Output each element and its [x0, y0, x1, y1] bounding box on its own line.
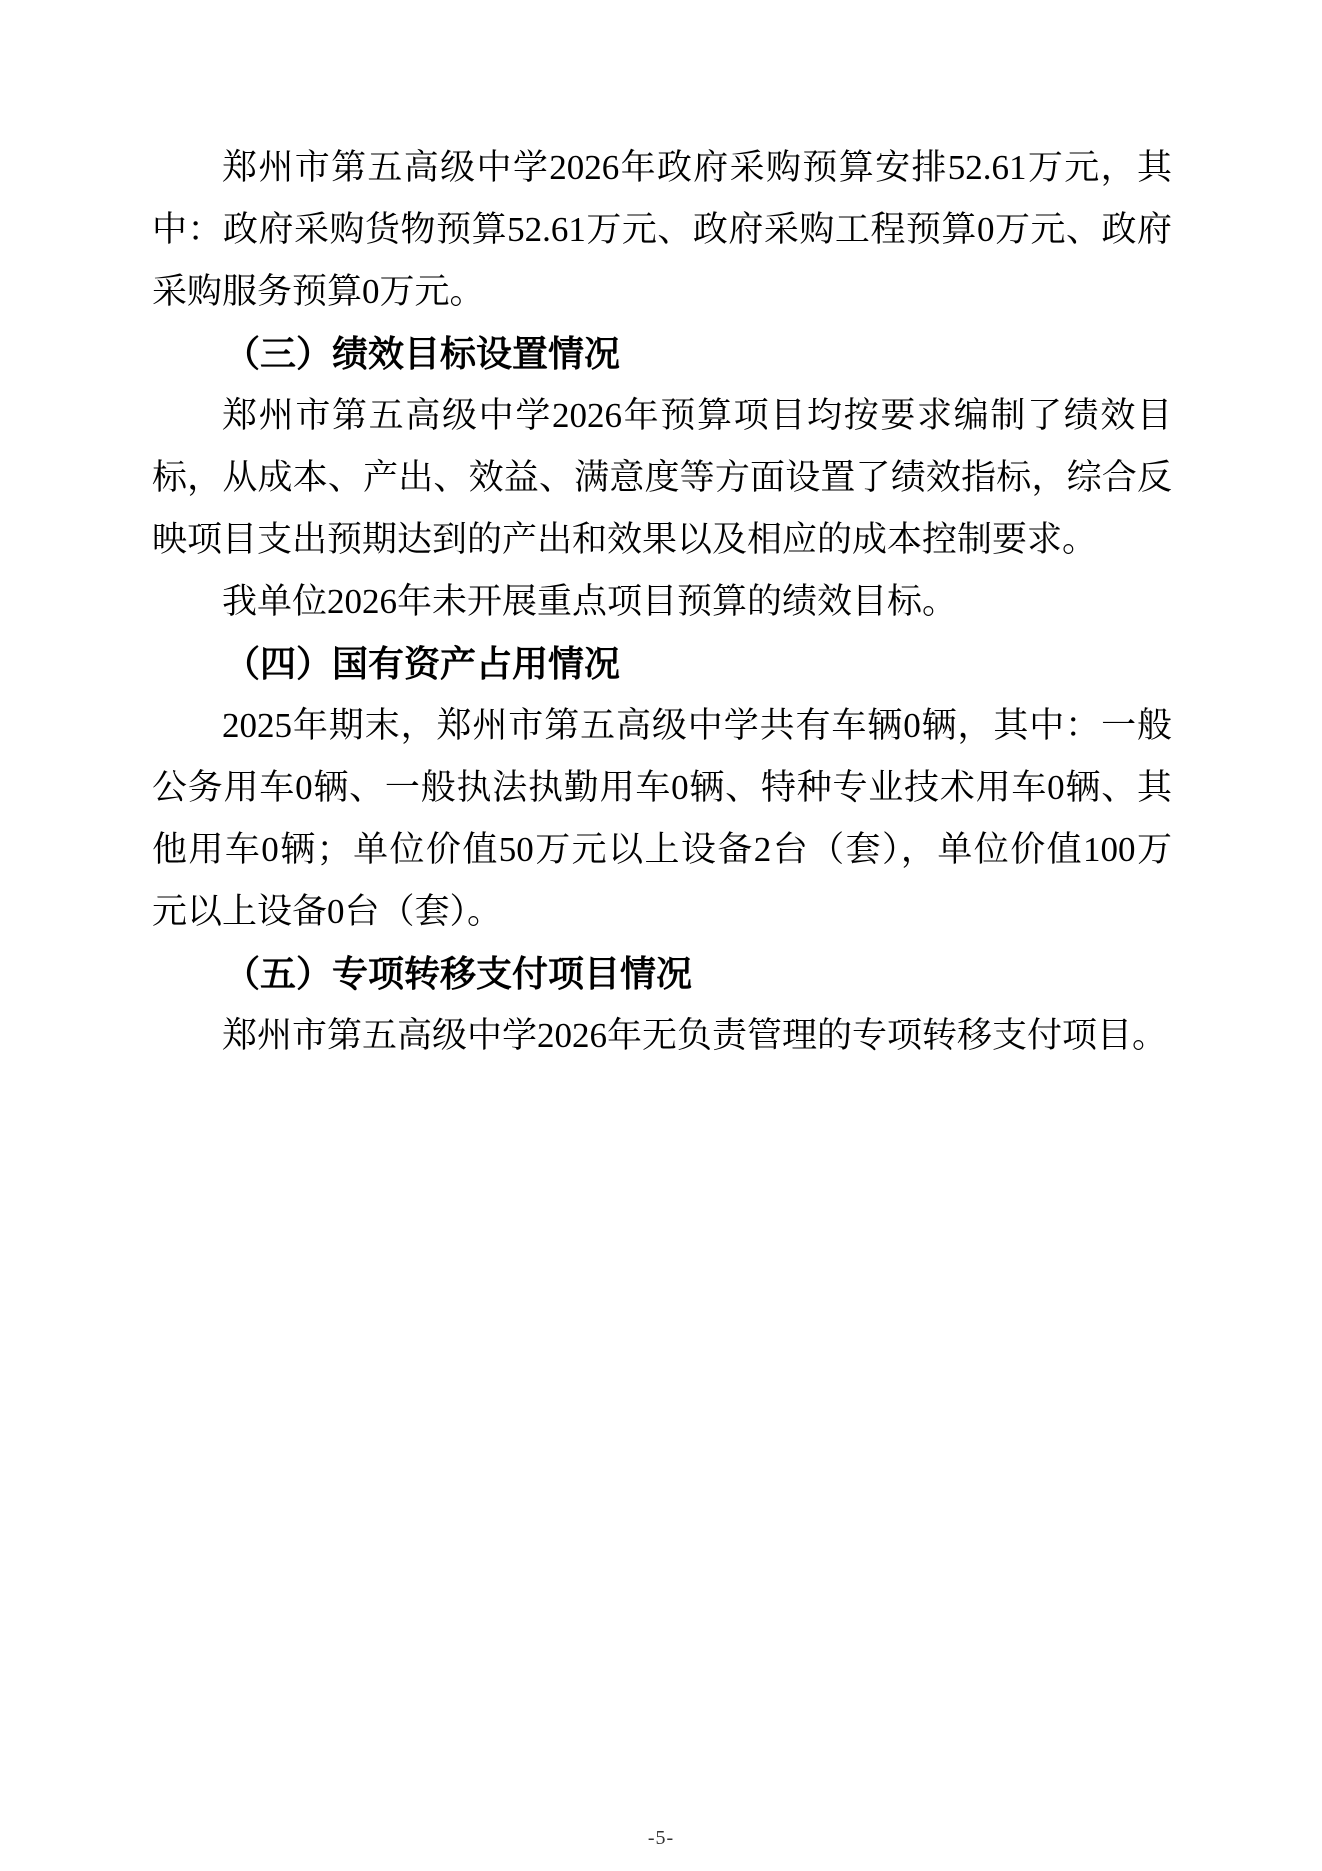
text-line: 郑州市第五高级中学2026年无负责管理的专项转移支付项目。 — [152, 1005, 1172, 1067]
text-line: 映项目支出预期达到的产出和效果以及相应的成本控制要求。 — [152, 509, 1172, 571]
paragraph-key-projects: 我单位2026年未开展重点项目预算的绩效目标。 — [152, 571, 1172, 633]
text-line: 郑州市第五高级中学2026年政府采购预算安排52.61万元，其 — [152, 137, 1172, 199]
text-line: 标，从成本、产出、效益、满意度等方面设置了绩效指标，综合反 — [152, 447, 1172, 509]
paragraph-procurement-budget: 郑州市第五高级中学2026年政府采购预算安排52.61万元，其 中：政府采购货物… — [152, 137, 1172, 323]
text-line: 中：政府采购货物预算52.61万元、政府采购工程预算0万元、政府 — [152, 199, 1172, 261]
text-line: 公务用车0辆、一般执法执勤用车0辆、特种专业技术用车0辆、其 — [152, 757, 1172, 819]
text-line: 元以上设备0台（套）。 — [152, 881, 1172, 943]
document-page: 郑州市第五高级中学2026年政府采购预算安排52.61万元，其 中：政府采购货物… — [0, 0, 1322, 1871]
page-number: -5- — [648, 1827, 674, 1849]
text-line: 2025年期末，郑州市第五高级中学共有车辆0辆，其中：一般 — [152, 695, 1172, 757]
section-heading-transfer-payments: （五）专项转移支付项目情况 — [152, 943, 1172, 1005]
text-line: 我单位2026年未开展重点项目预算的绩效目标。 — [152, 571, 1172, 633]
paragraph-state-assets: 2025年期末，郑州市第五高级中学共有车辆0辆，其中：一般 公务用车0辆、一般执… — [152, 695, 1172, 943]
text-line: 郑州市第五高级中学2026年预算项目均按要求编制了绩效目 — [152, 385, 1172, 447]
section-heading-performance-goals: （三）绩效目标设置情况 — [152, 323, 1172, 385]
text-line: 采购服务预算0万元。 — [152, 261, 1172, 323]
text-line: 他用车0辆；单位价值50万元以上设备2台（套），单位价值100万 — [152, 819, 1172, 881]
page-footer: -5- — [0, 1824, 1322, 1852]
paragraph-transfer-payments: 郑州市第五高级中学2026年无负责管理的专项转移支付项目。 — [152, 1005, 1172, 1067]
paragraph-performance-goals: 郑州市第五高级中学2026年预算项目均按要求编制了绩效目 标，从成本、产出、效益… — [152, 385, 1172, 571]
section-heading-state-assets: （四）国有资产占用情况 — [152, 633, 1172, 695]
document-content: 郑州市第五高级中学2026年政府采购预算安排52.61万元，其 中：政府采购货物… — [152, 137, 1172, 1067]
